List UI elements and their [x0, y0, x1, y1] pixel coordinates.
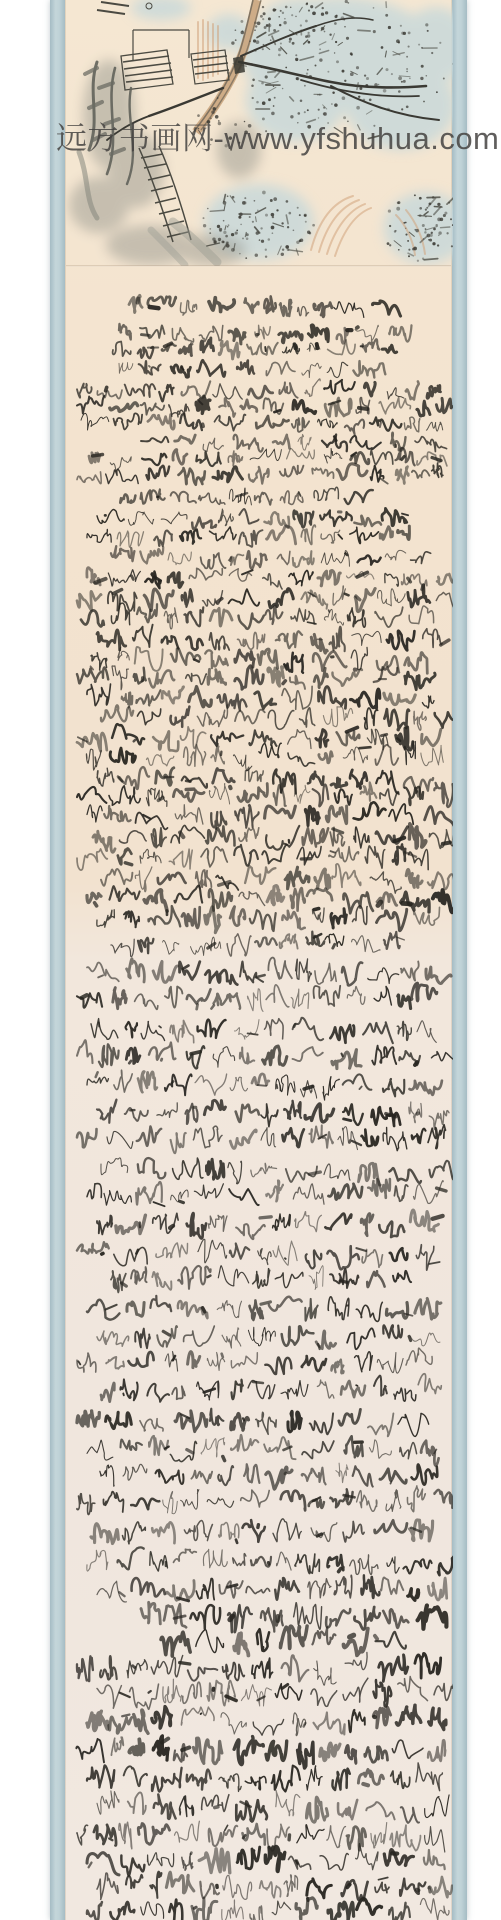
handscroll	[50, 0, 467, 1920]
calligraphy-text	[66, 0, 453, 1920]
mount-strip-right	[452, 0, 467, 1920]
scroll-paper	[65, 0, 452, 1920]
scroll-photo: 远方书画网-www.yfshuhua.com	[0, 0, 501, 1920]
mount-strip-left	[50, 0, 65, 1920]
